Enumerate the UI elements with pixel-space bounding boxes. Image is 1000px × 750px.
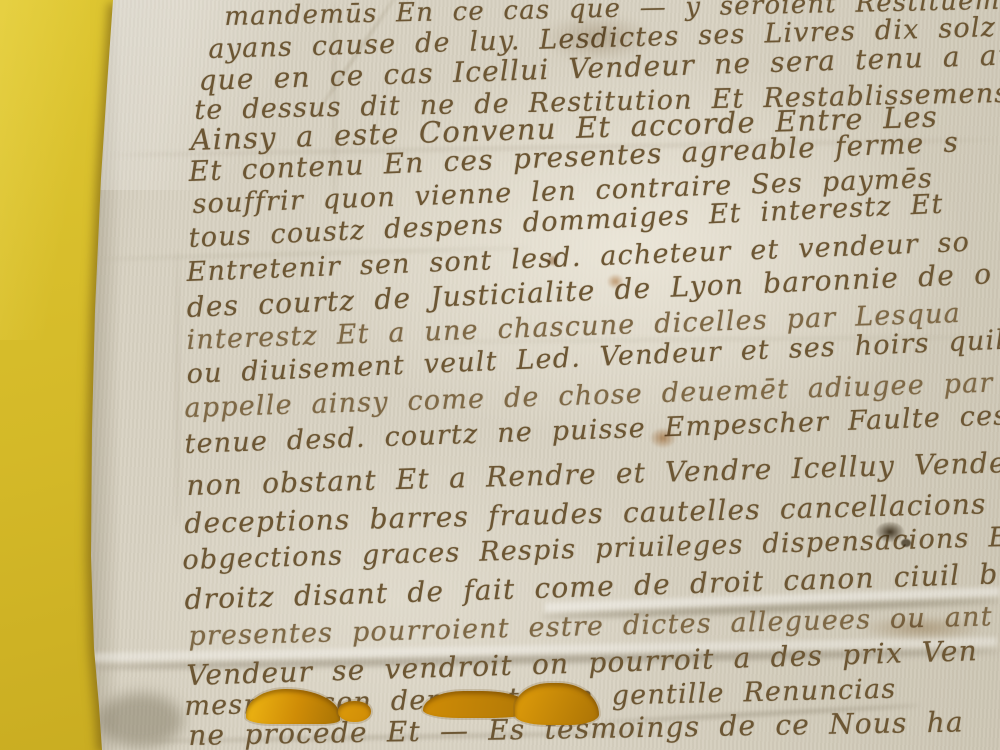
edge-shadow bbox=[91, 0, 121, 750]
crease-vertical bbox=[176, 250, 179, 525]
manuscript-photo: mandemūs En ce cas quē — y seroient Rest… bbox=[0, 0, 1000, 750]
worm-hole bbox=[338, 701, 371, 722]
parchment-wrap: mandemūs En ce cas quē — y seroient Rest… bbox=[0, 0, 1000, 750]
bottom-left-shadow bbox=[98, 693, 183, 748]
parchment-sheet: mandemūs En ce cas quē — y seroient Rest… bbox=[0, 0, 1000, 750]
